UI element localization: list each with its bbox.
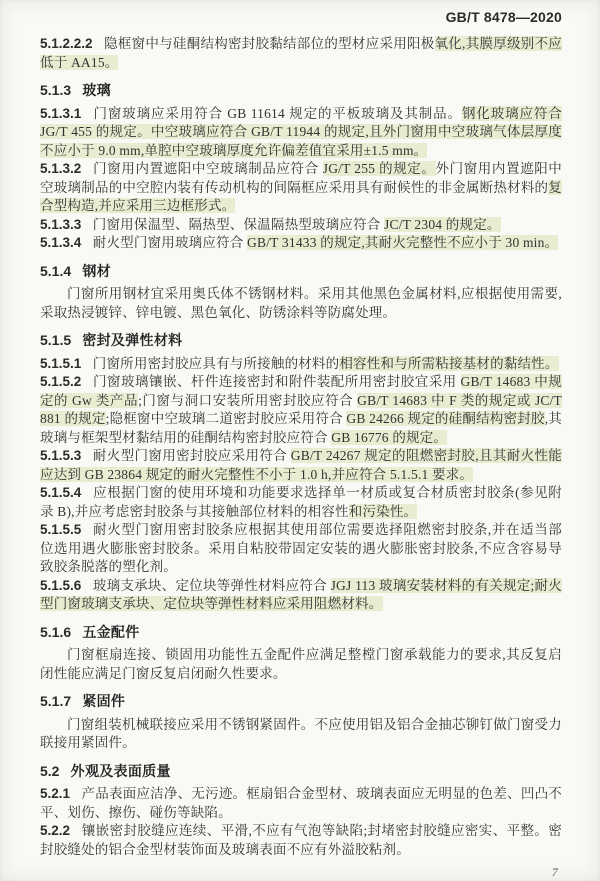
clause-text: 镶嵌密封胶缝应连续、平滑,不应有气泡等缺陷;封堵密封胶缝应密实、平整。密封胶缝处… — [40, 823, 562, 857]
clause-text: 隐框窗中与硅酮结构密封胶黏结部位的型材应采用阳极氧化,其膜厚级别不应低于 AA1… — [40, 36, 562, 70]
heading-title: 钢材 — [82, 263, 111, 279]
clause-5-1-3-3: 5.1.3.3门窗用保温型、隔热型、保温隔热型玻璃应符合 JC/T 2304 的… — [40, 216, 562, 235]
paragraph-fasteners: 门窗组装机械联接应采用不锈钢紧固件。不应使用铝及铝合金抽芯铆钉做门窗受力联接用紧… — [40, 716, 562, 753]
clause-text: 产品表面应洁净、无污迹。框扇铝合金型材、玻璃表面应无明显的色差、凹凸不平、划伤、… — [40, 786, 562, 820]
heading-title: 紧固件 — [82, 693, 125, 709]
clause-text: 耐火型门窗用玻璃应符合 GB/T 31433 的规定,其耐火完整性不应小于 30… — [93, 235, 559, 250]
paragraph-text: 门窗框扇连接、锁固用功能性五金配件应满足整樘门窗承载能力的要求,其反复启闭性能应… — [40, 647, 562, 681]
clause-5-1-3-2: 5.1.3.2门窗用内置遮阳中空玻璃制品应符合 JG/T 255 的规定。外门窗… — [40, 160, 562, 216]
clause-text: 门窗所用密封胶应具有与所接触的材料的相容性和与所需粘接基材的黏结性。 — [93, 356, 559, 371]
clause-5-1-2-2-2: 5.1.2.2.2隐框窗中与硅酮结构密封胶黏结部位的型材应采用阳极氧化,其膜厚级… — [40, 35, 562, 72]
clause-5-2-2: 5.2.2镶嵌密封胶缝应连续、平滑,不应有气泡等缺陷;封堵密封胶缝应密实、平整。… — [40, 822, 562, 859]
document-page: GB/T 8478—2020 5.1.2.2.2隐框窗中与硅酮结构密封胶黏结部位… — [0, 0, 600, 881]
clause-5-2-1: 5.2.1产品表面应洁净、无污迹。框扇铝合金型材、玻璃表面应无明显的色差、凹凸不… — [40, 785, 562, 822]
clause-text: 应根据门窗的使用环境和功能要求选择单一材质或复合材质密封胶条(参见附录 B),并… — [40, 485, 562, 519]
clause-number: 5.1.2.2.2 — [40, 36, 93, 51]
heading-5-2: 5.2外观及表面质量 — [40, 762, 562, 781]
paragraph-text: 门窗组装机械联接应采用不锈钢紧固件。不应使用铝及铝合金抽芯铆钉做门窗受力联接用紧… — [40, 717, 562, 751]
clause-5-1-5-1: 5.1.5.1门窗所用密封胶应具有与所接触的材料的相容性和与所需粘接基材的黏结性… — [40, 355, 562, 374]
clause-number: 5.2.2 — [40, 823, 70, 838]
paragraph-hardware: 门窗框扇连接、锁固用功能性五金配件应满足整樘门窗承载能力的要求,其反复启闭性能应… — [40, 646, 562, 683]
heading-title: 玻璃 — [82, 82, 111, 98]
running-header: GB/T 8478—2020 — [40, 8, 562, 26]
heading-number: 5.1.5 — [40, 332, 71, 348]
heading-5-1-7: 5.1.7紧固件 — [40, 692, 562, 711]
clause-number: 5.1.3.3 — [40, 217, 81, 232]
heading-number: 5.1.3 — [40, 82, 71, 98]
heading-5-1-4: 5.1.4钢材 — [40, 262, 562, 281]
clause-number: 5.1.3.1 — [40, 106, 81, 121]
paragraph-text: 门窗所用钢材宜采用奥氏体不锈钢材料。采用其他黑色金属材料,应根据使用需要,采取热… — [40, 286, 562, 320]
clause-5-1-5-4: 5.1.5.4应根据门窗的使用环境和功能要求选择单一材质或复合材质密封胶条(参见… — [40, 484, 562, 521]
heading-number: 5.1.6 — [40, 624, 71, 640]
clause-5-1-3-1: 5.1.3.1门窗玻璃应采用符合 GB 11614 规定的平板玻璃及其制品。钢化… — [40, 105, 562, 161]
clause-text: 门窗用保温型、隔热型、保温隔热型玻璃应符合 JC/T 2304 的规定。 — [93, 217, 501, 232]
clause-number: 5.1.5.2 — [40, 374, 81, 389]
clause-number: 5.1.3.2 — [40, 161, 81, 176]
clause-text: 耐火型门窗用密封胶条应根据其使用部位需要选择阻燃密封胶条,并在适当部位选用遇火膨… — [40, 522, 562, 574]
clause-text: 门窗用内置遮阳中空玻璃制品应符合 JG/T 255 的规定。外门窗用内置遮阳中空… — [40, 161, 562, 213]
heading-title: 外观及表面质量 — [71, 763, 171, 779]
clause-text: 玻璃支承块、定位块等弹性材料应符合 JGJ 113 玻璃安装材料的有关规定;耐火… — [40, 578, 562, 612]
paragraph-steel-corrosion: 门窗所用钢材宜采用奥氏体不锈钢材料。采用其他黑色金属材料,应根据使用需要,采取热… — [40, 285, 562, 322]
clause-5-1-3-4: 5.1.3.4耐火型门窗用玻璃应符合 GB/T 31433 的规定,其耐火完整性… — [40, 234, 562, 253]
heading-title: 密封及弹性材料 — [82, 332, 182, 348]
clause-text: 耐火型门窗用密封胶应采用符合 GB/T 24267 规定的阻燃密封胶,且其耐火性… — [40, 448, 562, 482]
clause-number: 5.1.5.1 — [40, 356, 81, 371]
clause-text: 门窗玻璃应采用符合 GB 11614 规定的平板玻璃及其制品。钢化玻璃应符合 J… — [40, 106, 562, 158]
heading-5-1-5: 5.1.5密封及弹性材料 — [40, 331, 562, 350]
heading-number: 5.1.4 — [40, 263, 71, 279]
clause-number: 5.1.5.3 — [40, 448, 81, 463]
clause-number: 5.2.1 — [40, 786, 70, 801]
clause-5-1-5-2: 5.1.5.2门窗玻璃镶嵌、杆件连接密封和附件装配所用密封胶宜采用 GB/T 1… — [40, 373, 562, 447]
clause-number: 5.1.3.4 — [40, 235, 81, 250]
clause-number: 5.1.5.6 — [40, 578, 81, 593]
doc-number: GB/T 8478—2020 — [446, 9, 562, 25]
clause-5-1-5-6: 5.1.5.6玻璃支承块、定位块等弹性材料应符合 JGJ 113 玻璃安装材料的… — [40, 577, 562, 614]
clause-number: 5.1.5.4 — [40, 485, 81, 500]
heading-number: 5.2 — [40, 763, 59, 779]
clause-number: 5.1.5.5 — [40, 522, 81, 537]
clause-text: 门窗玻璃镶嵌、杆件连接密封和附件装配所用密封胶宜采用 GB/T 14683 中规… — [40, 374, 562, 445]
heading-title: 五金配件 — [82, 624, 139, 640]
clause-5-1-5-5: 5.1.5.5耐火型门窗用密封胶条应根据其使用部位需要选择阻燃密封胶条,并在适当… — [40, 521, 562, 577]
clause-5-1-5-3: 5.1.5.3耐火型门窗用密封胶应采用符合 GB/T 24267 规定的阻燃密封… — [40, 447, 562, 484]
page-number: 7 — [552, 865, 558, 879]
page-footer: 7 — [40, 863, 562, 881]
heading-5-1-3: 5.1.3玻璃 — [40, 81, 562, 100]
heading-number: 5.1.7 — [40, 693, 71, 709]
heading-5-1-6: 5.1.6五金配件 — [40, 623, 562, 642]
